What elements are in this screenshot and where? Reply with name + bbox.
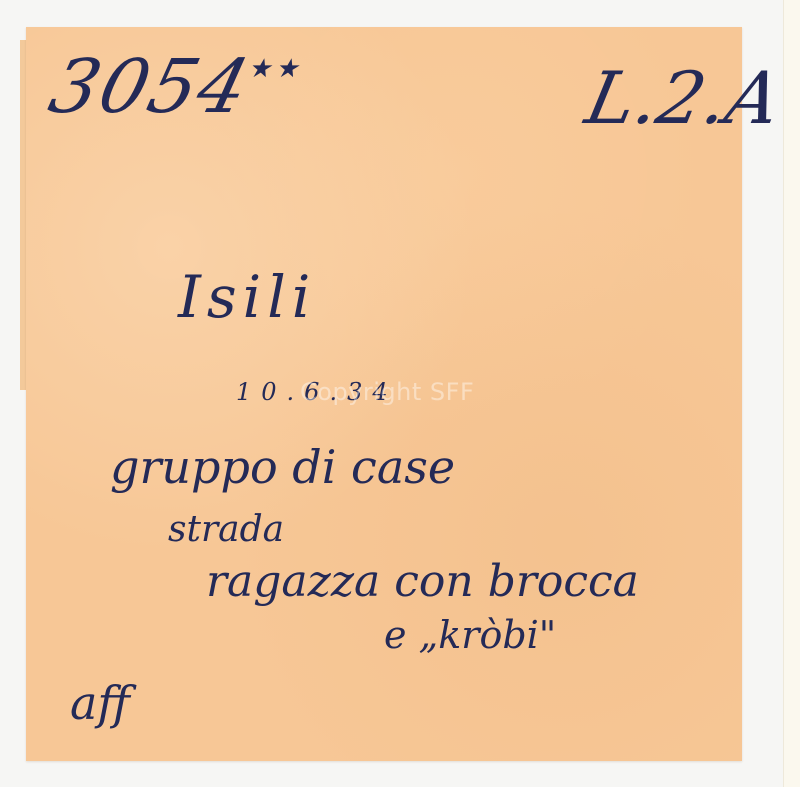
place-name: Isili [178, 268, 316, 326]
catalog-number: 3054 [43, 50, 258, 124]
copyright-watermark: Copyright SFF [300, 378, 474, 406]
shelf-mark: L.2.A [580, 62, 787, 134]
description-line-4: e „kròbi" [384, 616, 556, 654]
description-line-3: ragazza con brocca [206, 560, 639, 604]
description-line-2: strada [168, 512, 284, 548]
adjacent-sheet-edge [783, 0, 800, 787]
description-line-1: gruppo di case [110, 444, 455, 490]
star-marks: ★★ [248, 56, 303, 82]
author-initials: aff [70, 680, 130, 726]
